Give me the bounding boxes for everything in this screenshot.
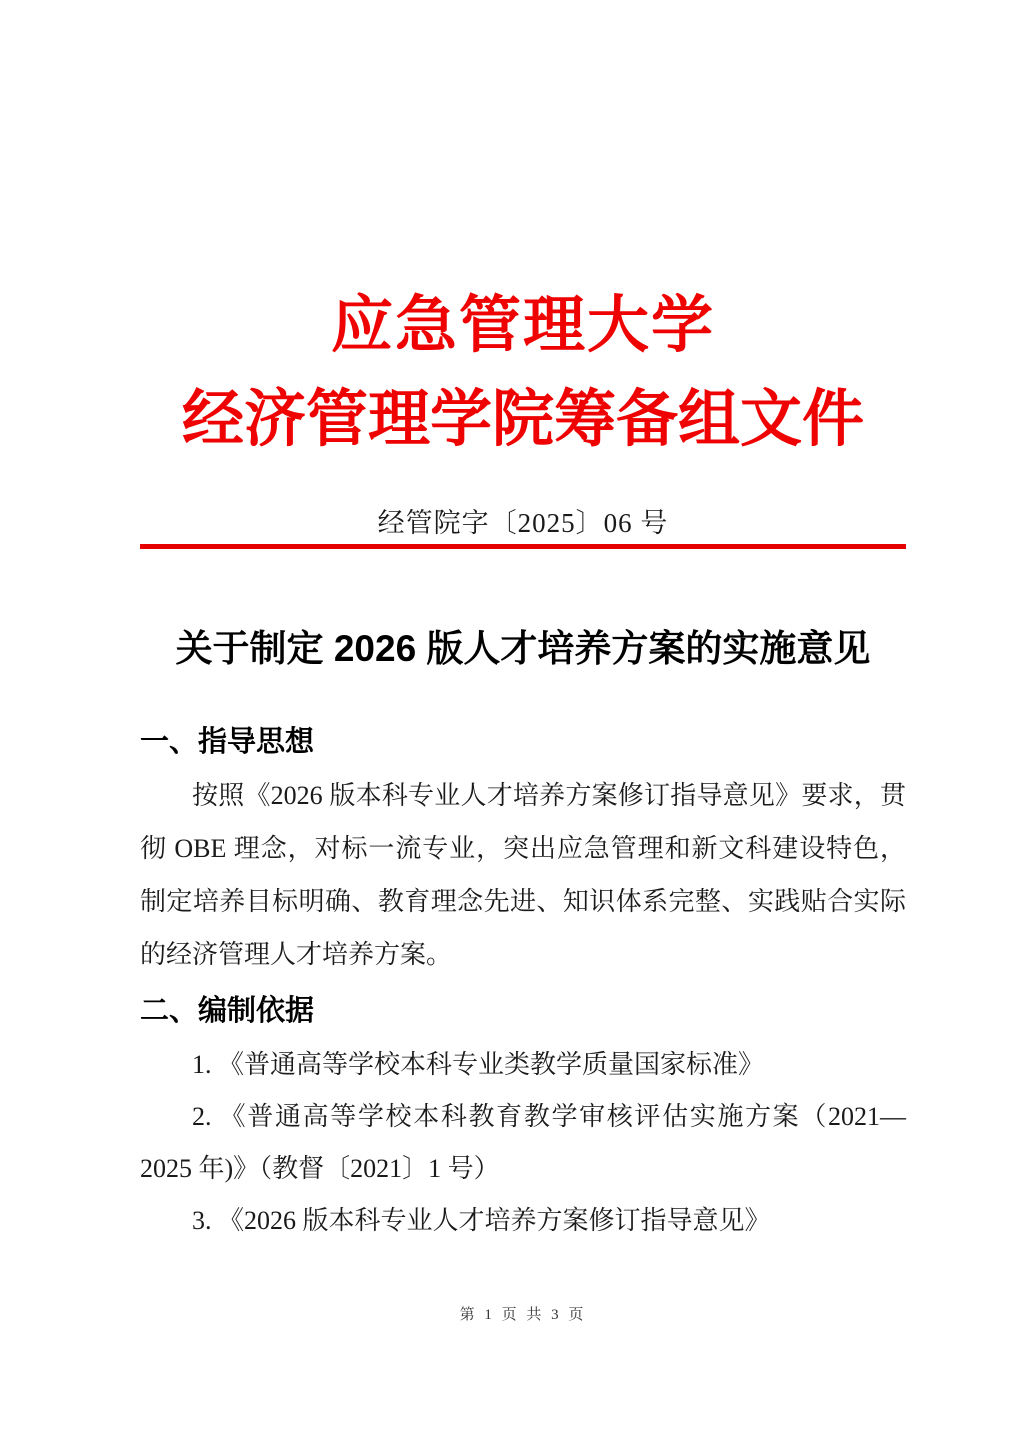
document-number: 经管院字〔2025〕06 号 — [140, 506, 906, 540]
document-title: 关于制定 2026 版人才培养方案的实施意见 — [140, 629, 906, 670]
letterhead-red-rule — [140, 544, 906, 549]
basis-item-2: 2. 《普通高等学校本科教育教学审核评估实施方案（2021—2025 年)》（教… — [140, 1091, 906, 1195]
basis-item-1: 1. 《普通高等学校本科专业类教学质量国家标准》 — [140, 1039, 906, 1091]
letterhead-org-line2: 经济管理学院筹备组文件 — [140, 389, 906, 451]
section-heading-1: 一、指导思想 — [140, 725, 906, 760]
section-1-paragraph: 按照《2026 版本科专业人才培养方案修订指导意见》要求，贯彻 OBE 理念，对… — [140, 769, 906, 981]
basis-item-3: 3. 《2026 版本科专业人才培养方案修订指导意见》 — [140, 1195, 906, 1247]
section-heading-2: 二、编制依据 — [140, 994, 906, 1029]
document-page: 应急管理大学 经济管理学院筹备组文件 经管院字〔2025〕06 号 关于制定 2… — [0, 0, 1024, 1448]
document-body: 一、指导思想 按照《2026 版本科专业人才培养方案修订指导意见》要求，贯彻 O… — [140, 725, 906, 1247]
page-number-indicator: 第 1 页 共 3 页 — [140, 1303, 906, 1324]
letterhead-org-line1: 应急管理大学 — [140, 295, 906, 357]
